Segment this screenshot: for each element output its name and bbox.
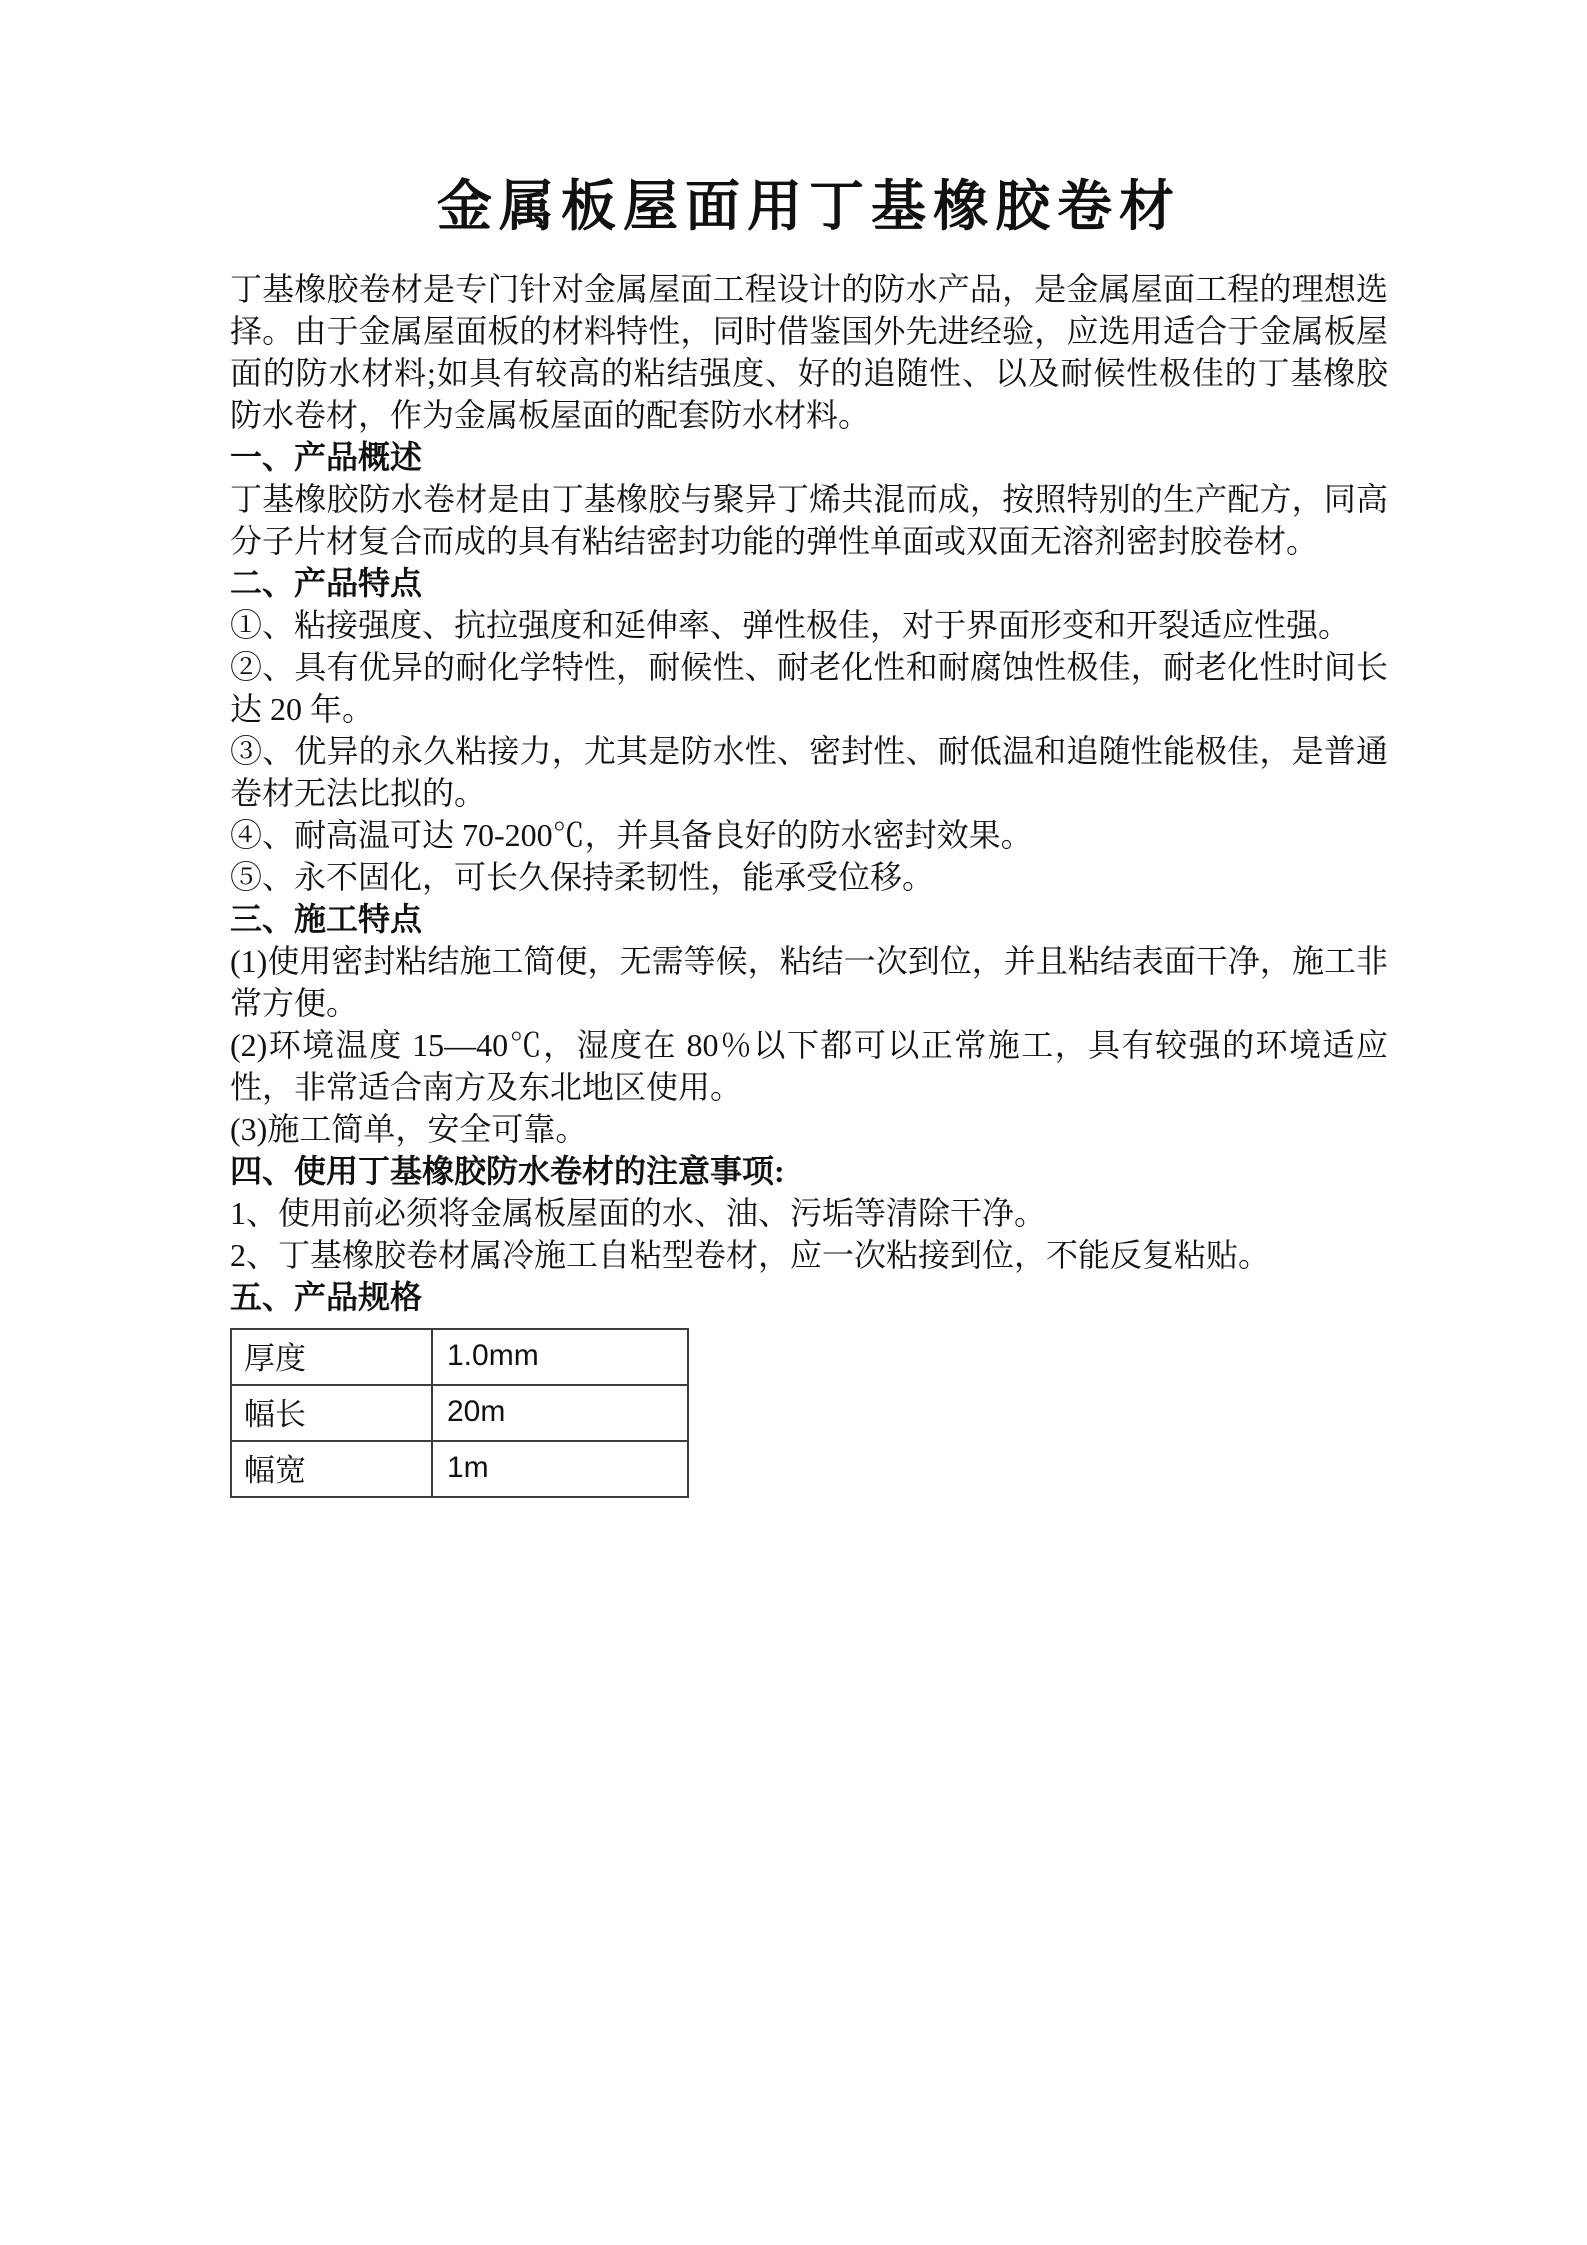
spec-table-row-width: 幅宽 1m <box>231 1441 688 1497</box>
section-heading-overview: 一、产品概述 <box>230 436 1388 478</box>
precaution-item-2: 2、丁基橡胶卷材属冷施工自粘型卷材，应一次粘接到位，不能反复粘贴。 <box>230 1234 1388 1276</box>
spec-label-thickness: 厚度 <box>231 1329 432 1385</box>
document-title: 金属板屋面用丁基橡胶卷材 <box>230 170 1388 244</box>
spec-value-length: 20m <box>432 1385 688 1441</box>
document-content: 金属板屋面用丁基橡胶卷材 丁基橡胶卷材是专门针对金属屋面工程设计的防水产品，是金… <box>230 170 1388 1498</box>
spec-label-length: 幅长 <box>231 1385 432 1441</box>
feature-item-4: ④、耐高温可达 70-200℃，并具备良好的防水密封效果。 <box>230 814 1388 856</box>
feature-item-1: ①、粘接强度、抗拉强度和延伸率、弹性极佳，对于界面形变和开裂适应性强。 <box>230 604 1388 646</box>
spec-table: 厚度 1.0mm 幅长 20m 幅宽 1m <box>230 1328 689 1498</box>
intro-paragraph: 丁基橡胶卷材是专门针对金属屋面工程设计的防水产品，是金属屋面工程的理想选择。由于… <box>230 268 1388 436</box>
construction-item-2: (2)环境温度 15—40℃，湿度在 80％以下都可以正常施工，具有较强的环境适… <box>230 1024 1388 1108</box>
spec-value-thickness: 1.0mm <box>432 1329 688 1385</box>
spec-table-row-length: 幅长 20m <box>231 1385 688 1441</box>
feature-item-3: ③、优异的永久粘接力，尤其是防水性、密封性、耐低温和追随性能极佳，是普通卷材无法… <box>230 730 1388 814</box>
section-heading-construction: 三、施工特点 <box>230 898 1388 940</box>
spec-table-row-thickness: 厚度 1.0mm <box>231 1329 688 1385</box>
section-heading-features: 二、产品特点 <box>230 562 1388 604</box>
overview-paragraph: 丁基橡胶防水卷材是由丁基橡胶与聚异丁烯共混而成，按照特别的生产配方，同高分子片材… <box>230 478 1388 562</box>
construction-item-1: (1)使用密封粘结施工简便，无需等候，粘结一次到位，并且粘结表面干净，施工非常方… <box>230 940 1388 1024</box>
section-heading-precautions: 四、使用丁基橡胶防水卷材的注意事项: <box>230 1150 1388 1192</box>
spec-value-width: 1m <box>432 1441 688 1497</box>
section-heading-specs: 五、产品规格 <box>230 1276 1388 1318</box>
construction-item-3: (3)施工简单，安全可靠。 <box>230 1108 1388 1150</box>
spec-label-width: 幅宽 <box>231 1441 432 1497</box>
document-page: 金属板屋面用丁基橡胶卷材 丁基橡胶卷材是专门针对金属屋面工程设计的防水产品，是金… <box>0 0 1587 2245</box>
precaution-item-1: 1、使用前必须将金属板屋面的水、油、污垢等清除干净。 <box>230 1192 1388 1234</box>
feature-item-2: ②、具有优异的耐化学特性，耐候性、耐老化性和耐腐蚀性极佳，耐老化性时间长达 20… <box>230 646 1388 730</box>
feature-item-5: ⑤、永不固化，可长久保持柔韧性，能承受位移。 <box>230 856 1388 898</box>
